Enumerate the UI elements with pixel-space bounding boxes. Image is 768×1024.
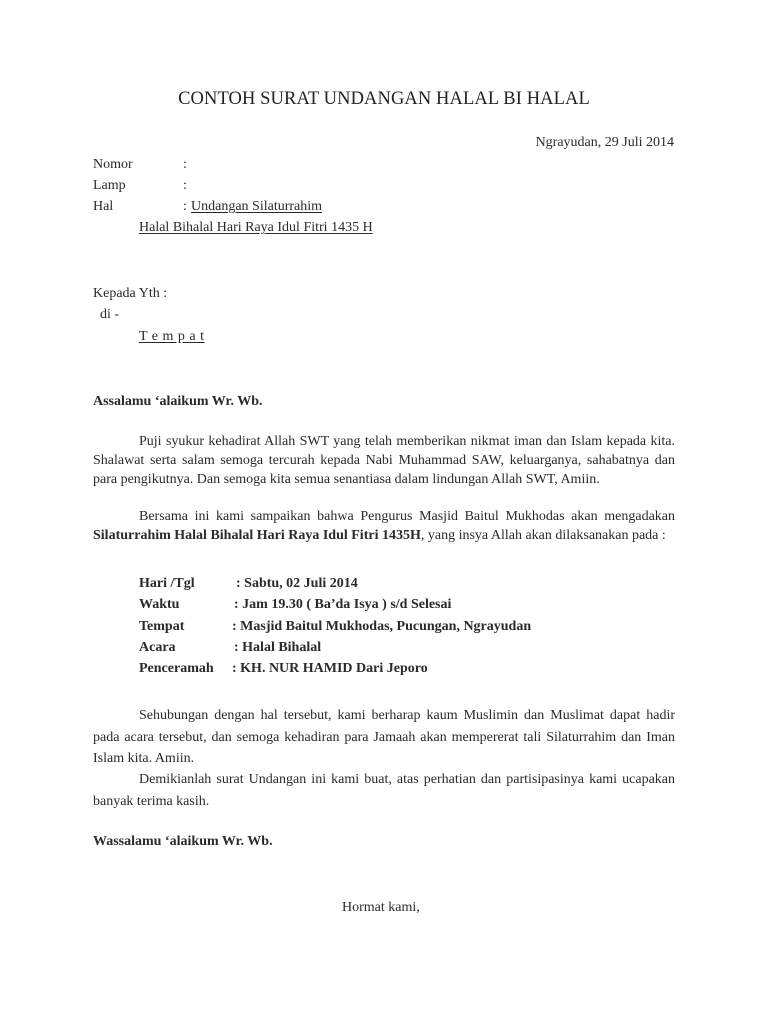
subject-line-2: Halal Bihalal Hari Raya Idul Fitri 1435 …	[139, 220, 373, 236]
field-hal-value: Undangan Silaturrahim	[191, 199, 322, 215]
recipient-place: T e m p a t	[139, 329, 205, 345]
field-hal-sep: :	[183, 199, 187, 215]
detail-value-date: : Sabtu, 02 Juli 2014	[236, 576, 358, 592]
detail-value-place: : Masjid Baitul Mukhodas, Pucungan, Ngra…	[232, 619, 531, 635]
field-lamp-sep: :	[183, 178, 187, 194]
detail-label-time: Waktu	[139, 597, 179, 613]
detail-label-date: Hari /Tgl	[139, 576, 195, 592]
detail-value-time: : Jam 19.30 ( Ba’da Isya ) s/d Selesai	[234, 597, 451, 613]
field-lamp-label: Lamp	[93, 178, 126, 194]
announcement-text-before: Bersama ini kami sampaikan bahwa Penguru…	[139, 509, 675, 524]
paragraph-opening: Puji syukur kehadirat Allah SWT yang tel…	[93, 432, 675, 489]
event-name: Silaturrahim Halal Bihalal Hari Raya Idu…	[93, 528, 421, 543]
paragraph-announcement: Bersama ini kami sampaikan bahwa Penguru…	[93, 507, 675, 545]
closing-salutation: Wassalamu ‘alaikum Wr. Wb.	[93, 834, 273, 850]
detail-label-place: Tempat	[139, 619, 184, 635]
detail-label-event: Acara	[139, 640, 176, 656]
greeting: Assalamu ‘alaikum Wr. Wb.	[93, 394, 262, 410]
detail-value-speaker: : KH. NUR HAMID Dari Jeporo	[232, 661, 428, 677]
announcement-text-after: , yang insya Allah akan dilaksanakan pad…	[421, 528, 666, 543]
paragraph-closing: Demikianlah surat Undangan ini kami buat…	[93, 769, 675, 812]
paragraph-hope: Sehubungan dengan hal tersebut, kami ber…	[93, 705, 675, 770]
document-title: CONTOH SURAT UNDANGAN HALAL BI HALAL	[0, 89, 768, 110]
detail-label-speaker: Penceramah	[139, 661, 214, 677]
signoff: Hormat kami,	[342, 900, 420, 916]
recipient-to: Kepada Yth :	[93, 286, 167, 302]
recipient-di: di -	[100, 307, 119, 323]
field-nomor-label: Nomor	[93, 157, 133, 173]
field-hal-label: Hal	[93, 199, 113, 215]
field-nomor-sep: :	[183, 157, 187, 173]
detail-value-event: : Halal Bihalal	[234, 640, 321, 656]
place-date: Ngrayudan, 29 Juli 2014	[536, 135, 674, 151]
